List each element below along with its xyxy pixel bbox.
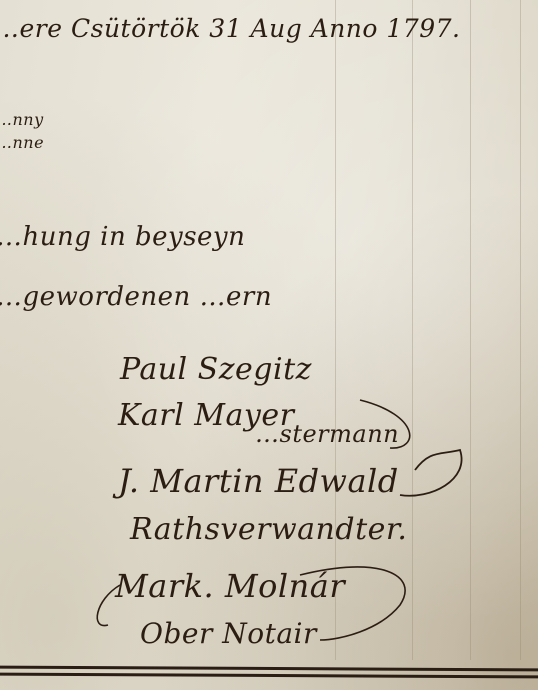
pen-flourishes bbox=[0, 0, 538, 690]
manuscript-page: …ere Csütörtök 31 Aug Anno 1797. …nny …n… bbox=[0, 0, 538, 690]
